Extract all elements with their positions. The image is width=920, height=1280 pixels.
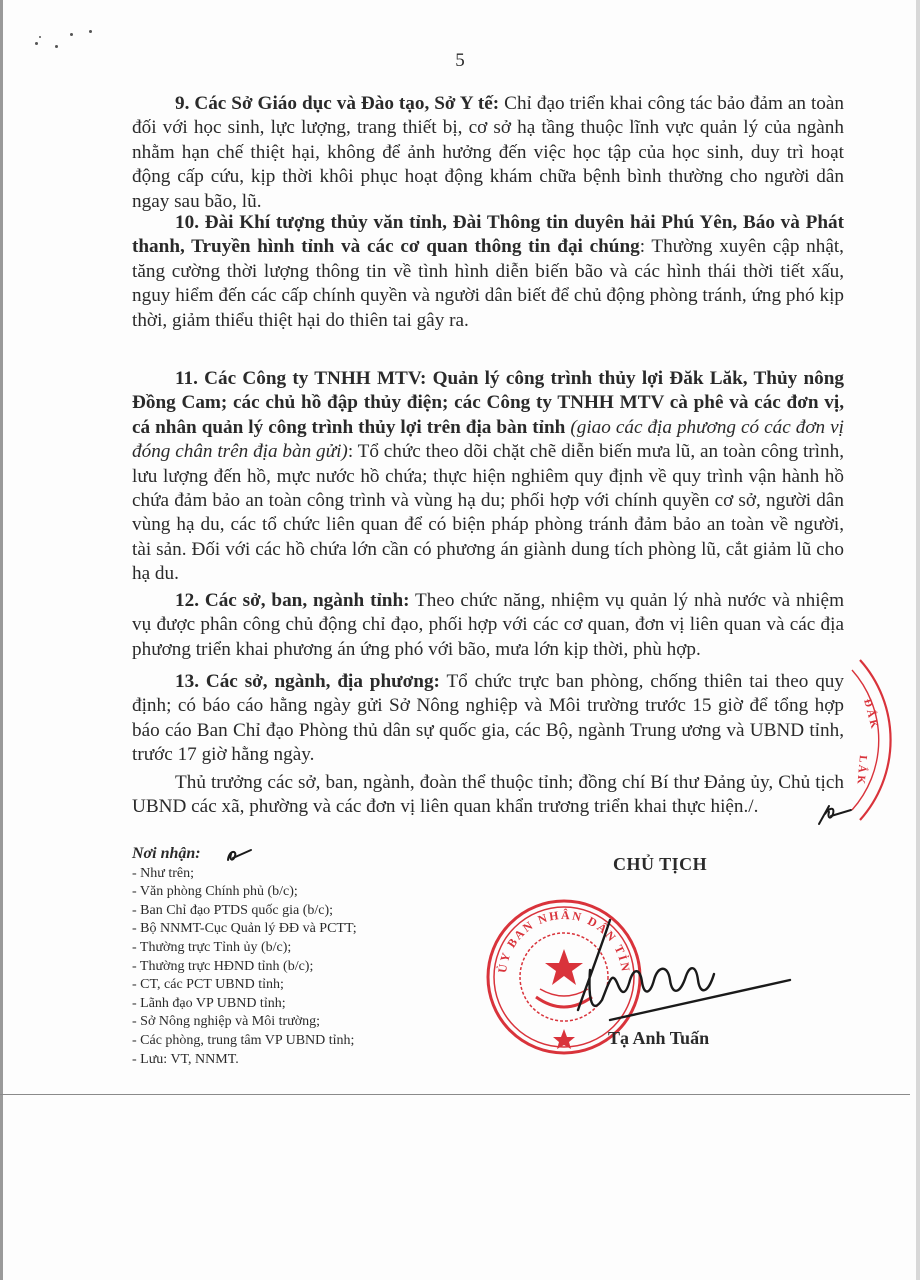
recipient-item: - Bộ NNMT-Cục Quản lý ĐĐ và PCTT; <box>132 920 462 939</box>
handwritten-signature-icon <box>530 910 830 1040</box>
recipient-item: - Các phòng, trung tâm VP UBND tỉnh; <box>132 1032 462 1051</box>
svg-text:L Ắ K: L Ắ K <box>854 755 869 785</box>
recipient-item: - Lãnh đạo VP UBND tỉnh; <box>132 995 462 1014</box>
paragraph-9: 9. Các Sở Giáo dục và Đào tạo, Sở Y tế: … <box>132 92 844 214</box>
paragraph-12: 12. Các sở, ban, ngành tỉnh: Theo chức n… <box>132 589 844 662</box>
signer-title: CHỦ TỊCH <box>613 854 707 875</box>
recipient-item: - CT, các PCT UBND tỉnh; <box>132 976 462 995</box>
side-seal-icon: Đ Ắ K L Ắ K <box>850 655 920 825</box>
paragraph-13: 13. Các sở, ngành, địa phương: Tổ chức t… <box>132 670 844 768</box>
page-number: 5 <box>0 50 920 72</box>
recipient-item: - Văn phòng Chính phủ (b/c); <box>132 883 462 902</box>
recipient-item: - Thường trực Tỉnh ủy (b/c); <box>132 939 462 958</box>
recipient-item: - Ban Chỉ đạo PTDS quốc gia (b/c); <box>132 902 462 921</box>
recipients-block: Nơi nhận: - Như trên; - Văn phòng Chính … <box>132 845 462 1069</box>
paragraph-heading: 12. Các sở, ban, ngành tỉnh: <box>175 590 410 611</box>
closing-text: Thủ trưởng các sở, ban, ngành, đoàn thể … <box>132 772 844 817</box>
scan-edge-left <box>0 0 3 1280</box>
recipient-item: - Sở Nông nghiệp và Môi trường; <box>132 1013 462 1032</box>
paragraph-heading: 9. Các Sở Giáo dục và Đào tạo, Sở Y tế: <box>175 93 499 114</box>
svg-text:Đ Ắ K: Đ Ắ K <box>861 697 881 730</box>
scan-edge-right <box>916 0 920 1280</box>
signature-block: CHỦ TỊCH ỦY BAN NHÂN DÂN TỈNH Tạ Anh Tuấ… <box>470 850 830 1080</box>
recipients-initial-icon <box>225 846 253 866</box>
recipients-title: Nơi nhận: <box>132 845 462 864</box>
recipient-item: - Lưu: VT, NNMT. <box>132 1051 462 1070</box>
recipient-item: - Như trên; <box>132 865 462 884</box>
page-divider <box>0 1094 910 1095</box>
paragraph-11: 11. Các Công ty TNHH MTV: Quản lý công t… <box>132 367 844 587</box>
recipients-list: - Như trên; - Văn phòng Chính phủ (b/c);… <box>132 865 462 1070</box>
paragraph-10: 10. Đài Khí tượng thủy văn tỉnh, Đài Thô… <box>132 211 844 333</box>
closing-paragraph: Thủ trưởng các sở, ban, ngành, đoàn thể … <box>132 771 844 820</box>
signer-name: Tạ Anh Tuấn <box>608 1028 709 1049</box>
initial-mark-icon <box>815 800 855 830</box>
paragraph-text: : Tổ chức theo dõi chặt chẽ diễn biến mư… <box>132 441 844 584</box>
paragraph-heading: 13. Các sở, ngành, địa phương: <box>175 671 440 692</box>
recipient-item: - Thường trực HĐND tỉnh (b/c); <box>132 958 462 977</box>
